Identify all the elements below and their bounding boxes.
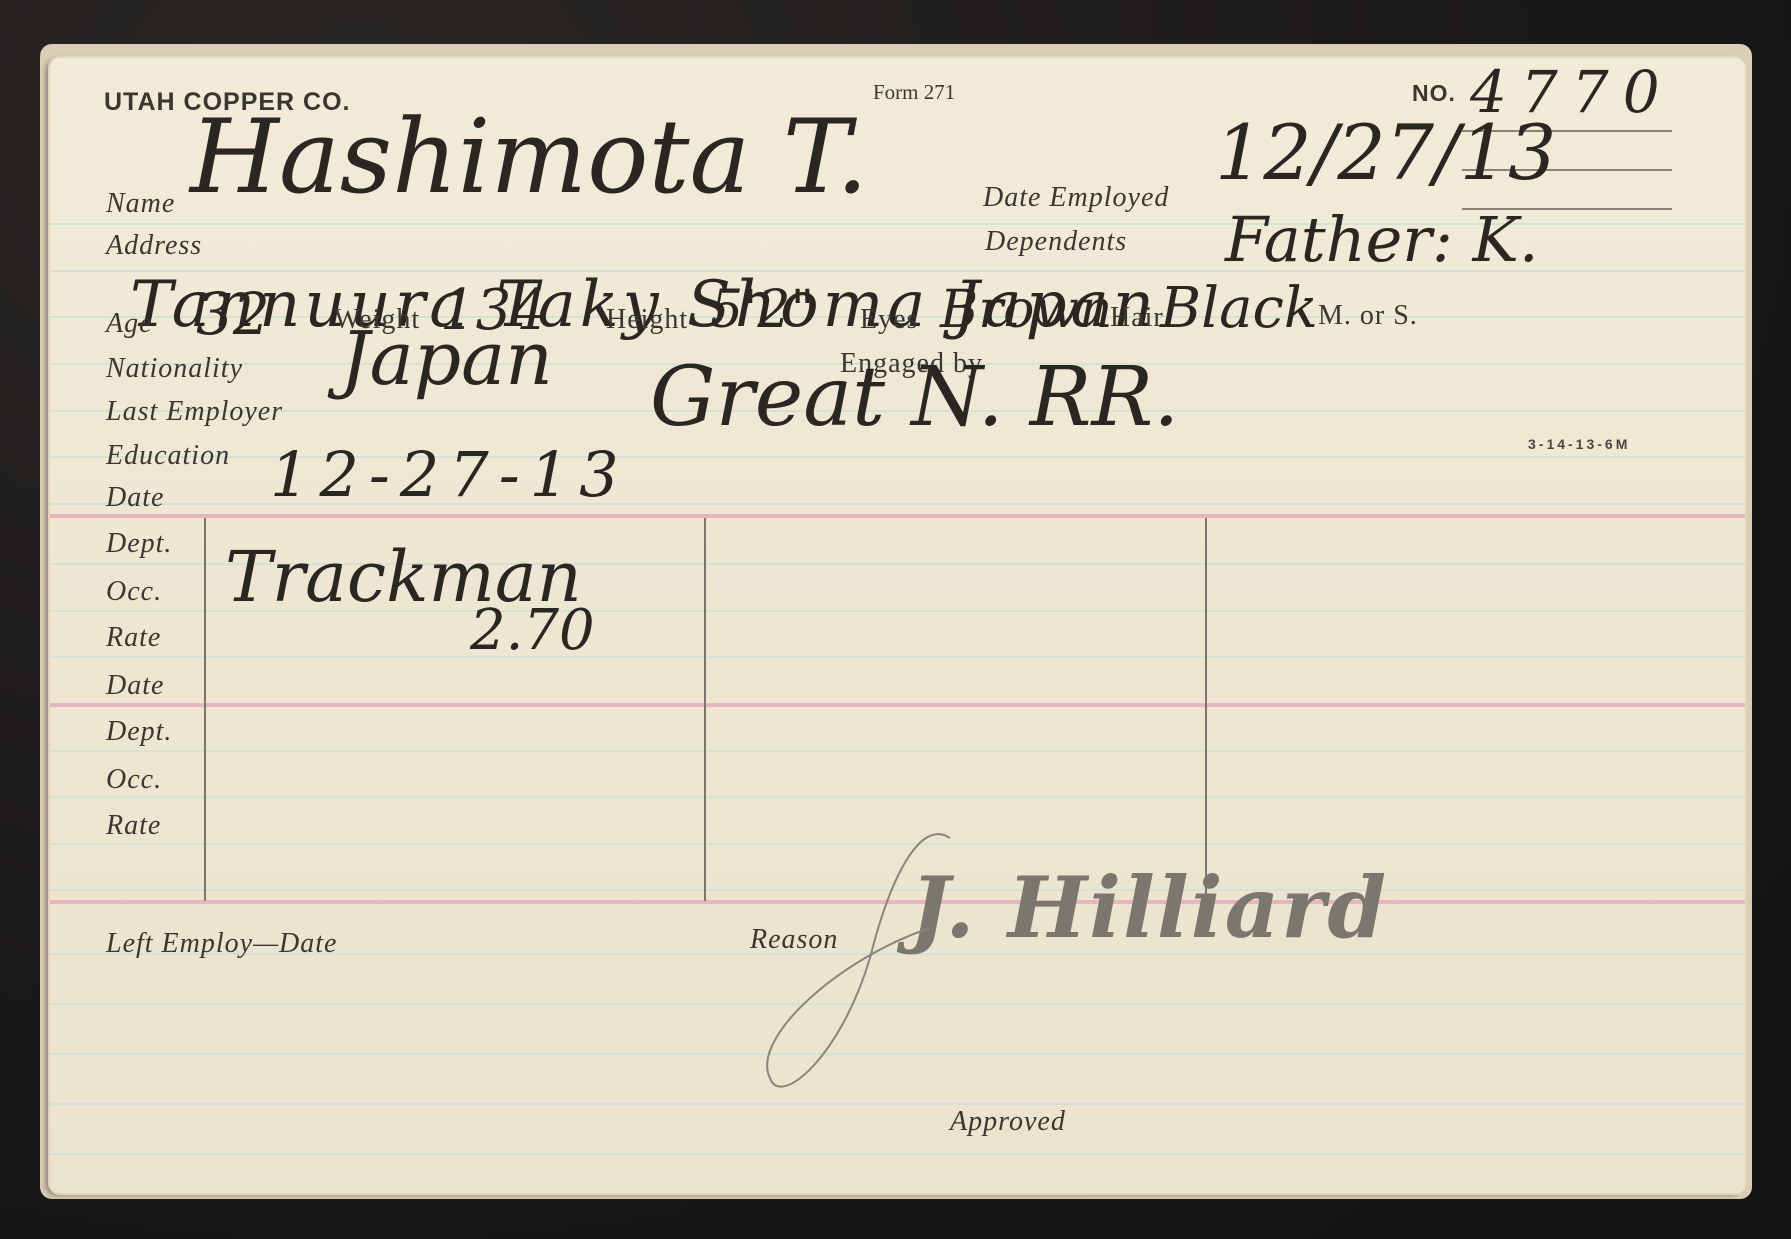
dependents-value: Father: K. bbox=[1225, 203, 1539, 276]
eyes-label: Eyes bbox=[860, 304, 918, 336]
column-divider-1 bbox=[704, 518, 706, 901]
hair-label: Hair bbox=[1110, 302, 1164, 334]
entry1-rate-value: 2.70 bbox=[470, 598, 595, 663]
rule-line bbox=[50, 796, 1745, 798]
approval-signature: J. Hilliard bbox=[910, 858, 1388, 957]
left-employ-date-label: Left Employ—Date bbox=[106, 928, 337, 960]
marital-status-label: M. or S. bbox=[1318, 300, 1418, 332]
name-label: Name bbox=[106, 188, 175, 220]
rule-line bbox=[50, 1053, 1745, 1055]
hair-value: Black bbox=[1160, 276, 1318, 341]
history-date-label-1: Date bbox=[106, 482, 164, 514]
nationality-label: Nationality bbox=[106, 353, 243, 385]
column-divider-2 bbox=[1205, 518, 1207, 901]
history-dept-label-1: Dept. bbox=[106, 528, 172, 560]
height-label: Height bbox=[606, 304, 688, 336]
history-date-label-2: Date bbox=[106, 670, 164, 702]
employment-record-card: UTAH COPPER CO. Form 271 NO. 4770 Name H… bbox=[50, 58, 1745, 1193]
reason-label: Reason bbox=[750, 924, 838, 956]
history-rate-label-2: Rate bbox=[106, 810, 161, 842]
rule-line bbox=[50, 843, 1745, 845]
approved-label: Approved bbox=[950, 1106, 1066, 1138]
last-employer-label: Last Employer bbox=[106, 396, 283, 428]
height-value: 5'2" bbox=[710, 280, 814, 340]
red-rule-bottom bbox=[50, 900, 1745, 904]
history-occ-label-2: Occ. bbox=[106, 764, 162, 796]
red-rule-middle bbox=[50, 703, 1745, 707]
form-number: Form 271 bbox=[873, 80, 955, 105]
rule-line bbox=[50, 1103, 1745, 1105]
rule-line bbox=[50, 656, 1745, 658]
history-dept-label-2: Dept. bbox=[106, 716, 172, 748]
name-value: Hashimota T. bbox=[190, 98, 868, 217]
rule-line bbox=[50, 1003, 1745, 1005]
column-divider-labels bbox=[204, 518, 206, 901]
no-label: NO. bbox=[1412, 80, 1456, 107]
history-rate-label-1: Rate bbox=[106, 622, 161, 654]
age-value: 32 bbox=[196, 280, 270, 348]
rule-line bbox=[50, 750, 1745, 752]
eyes-value: Brown bbox=[940, 280, 1112, 340]
address-label: Address bbox=[106, 230, 202, 262]
date-employed-value: 12/27/13 bbox=[1215, 108, 1556, 197]
last-employer-value: Great N. RR. bbox=[650, 350, 1179, 445]
rule-line bbox=[50, 889, 1745, 891]
rule-line bbox=[50, 1153, 1745, 1155]
entry1-date-value: 12-27-13 bbox=[270, 438, 629, 511]
nationality-value: Japan bbox=[340, 316, 553, 402]
history-occ-label-1: Occ. bbox=[106, 576, 162, 608]
education-label: Education bbox=[106, 440, 230, 472]
red-rule-top bbox=[50, 514, 1745, 518]
print-code: 3-14-13-6M bbox=[1528, 436, 1630, 452]
date-employed-label: Date Employed bbox=[983, 182, 1169, 214]
dependents-label: Dependents bbox=[985, 226, 1127, 258]
age-label: Age bbox=[106, 308, 153, 340]
